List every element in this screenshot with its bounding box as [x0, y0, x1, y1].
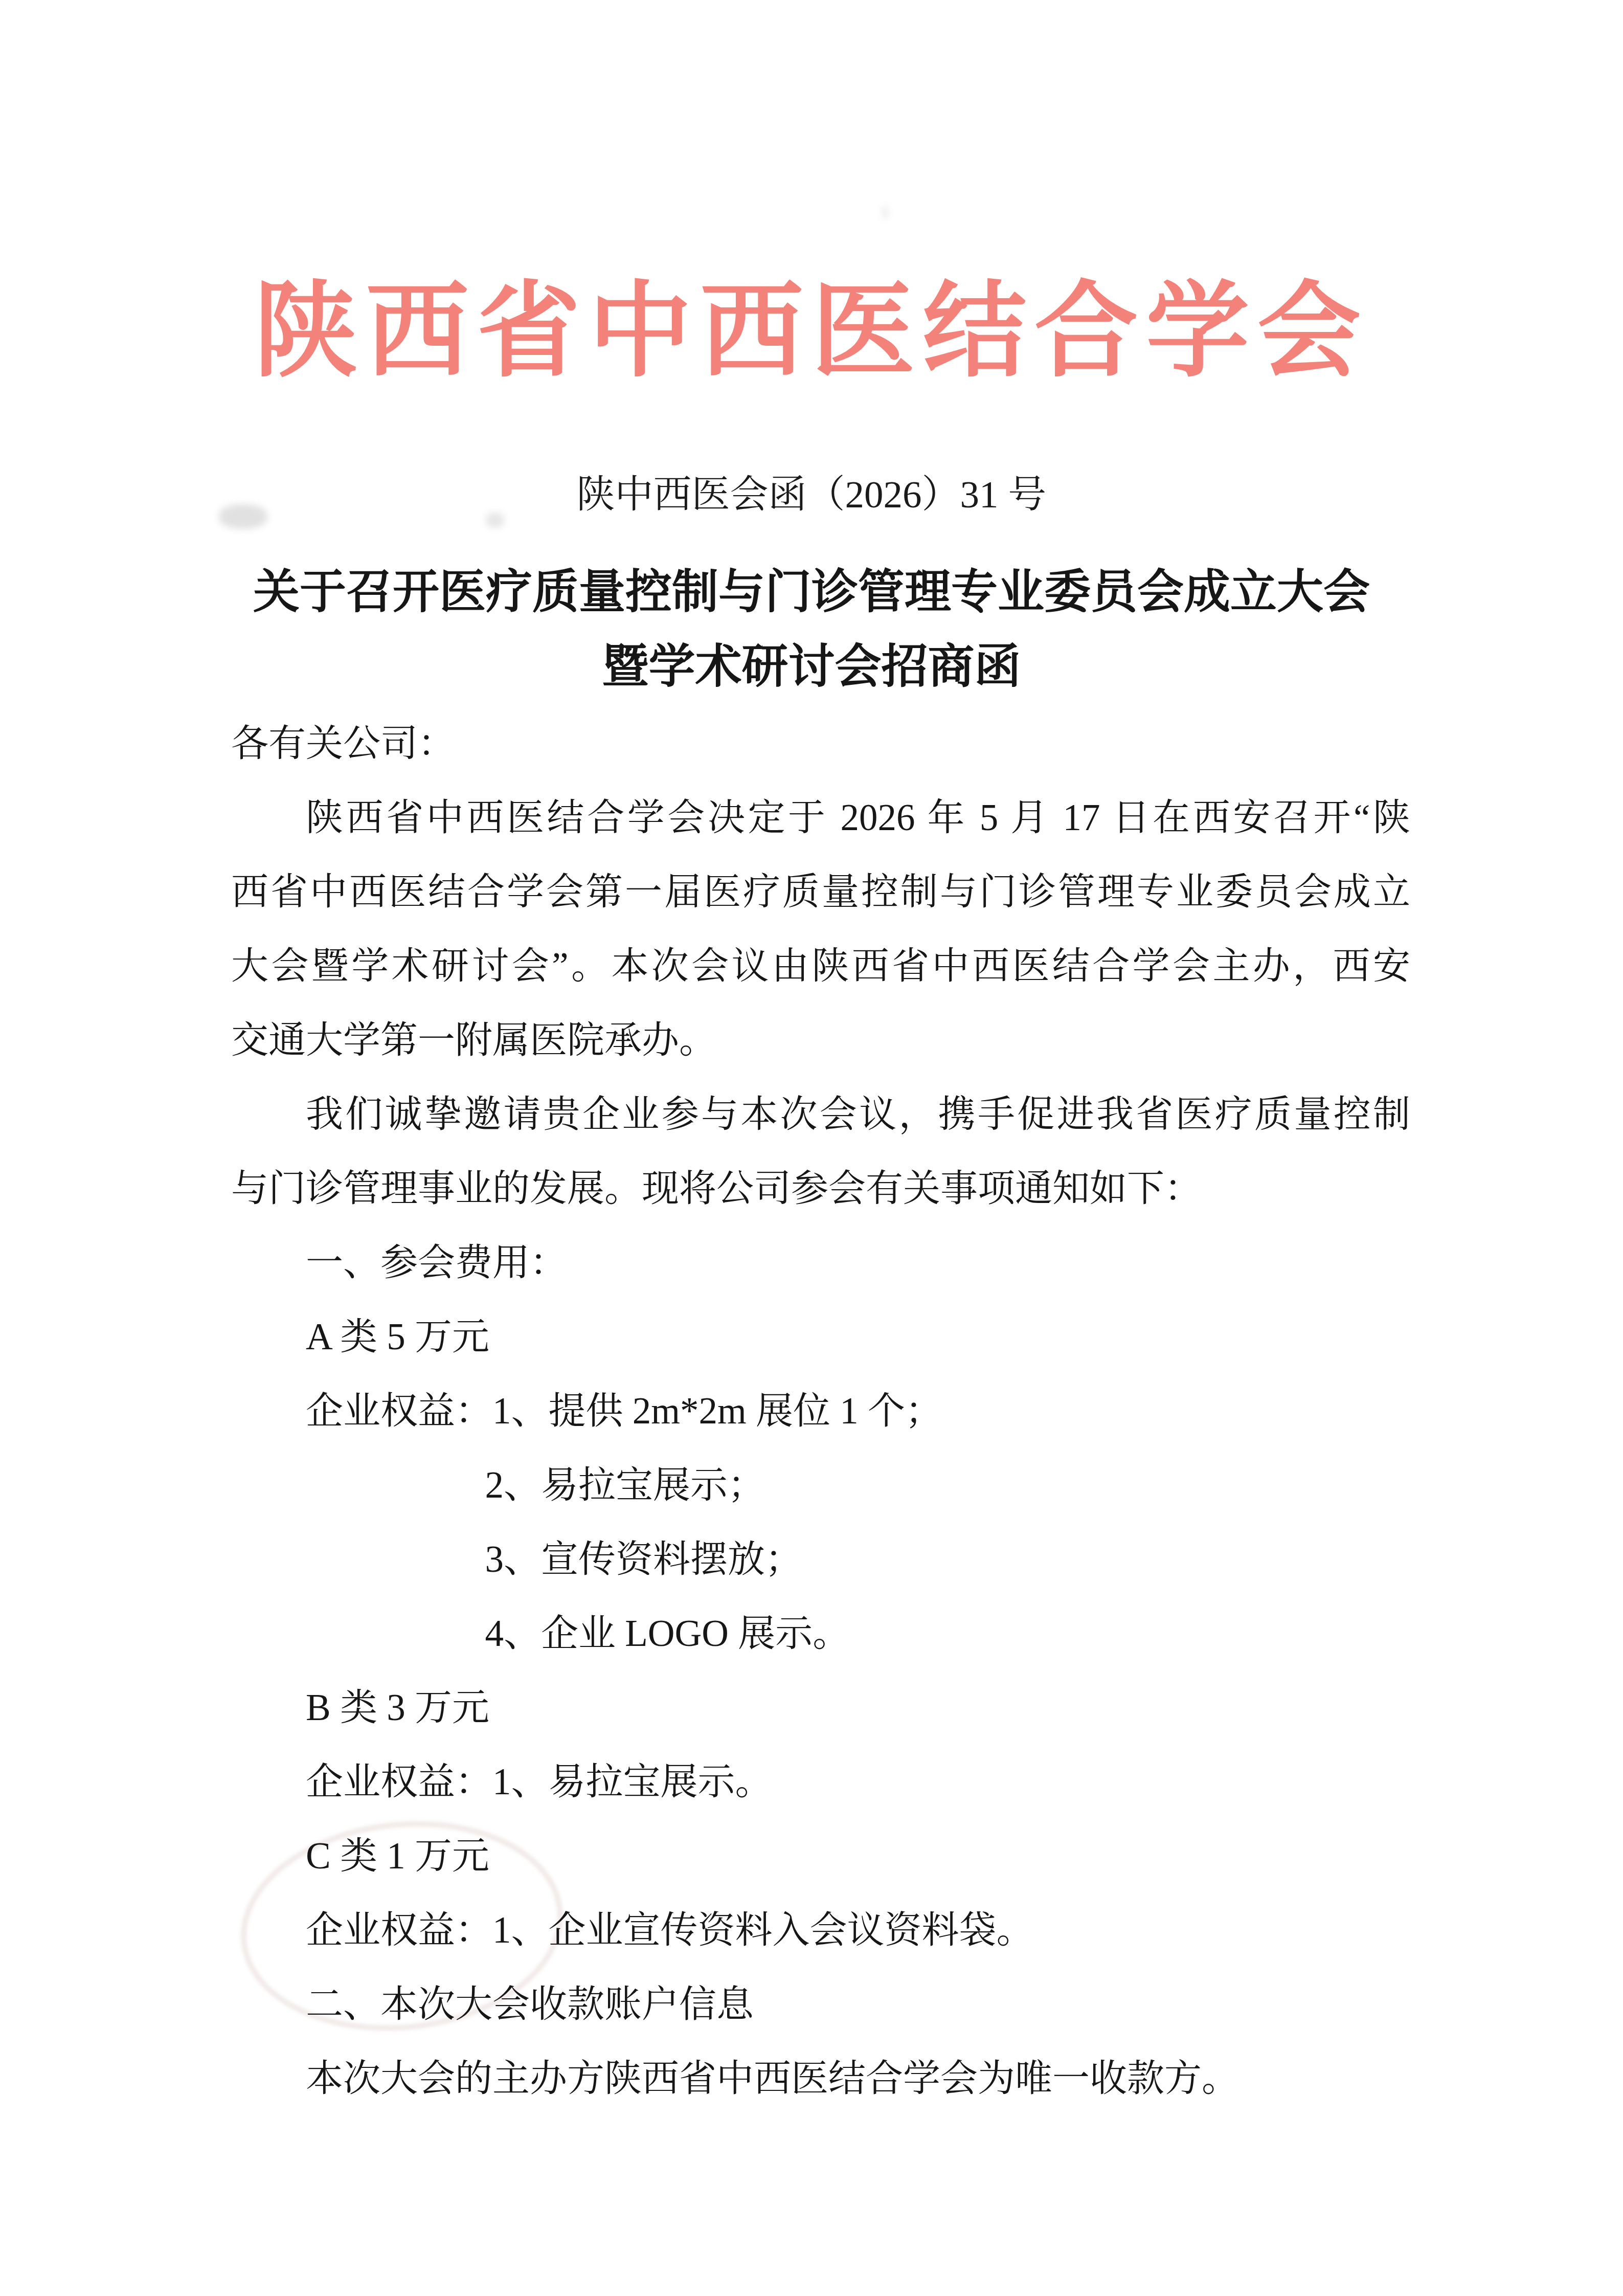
scan-smudge: [883, 206, 888, 219]
document-title-line-1: 关于召开医疗质量控制与门诊管理专业委员会成立大会: [0, 567, 1623, 618]
scanned-letter-page: 陕西省中西医结合学会 陕中西医会函（2026）31 号 关于召开医疗质量控制与门…: [0, 0, 1623, 2296]
body-line-section-1: 一、参会费用：: [231, 1225, 1410, 1300]
document-title-line-2: 暨学术研讨会招商函: [0, 641, 1623, 693]
body-line: 企业权益：1、企业宣传资料入会议资料袋。: [231, 1893, 1410, 1967]
body-line-tier-c: C 类 1 万元: [231, 1819, 1410, 1893]
body-line: 本次大会的主办方陕西省中西医结合学会为唯一收款方。: [231, 2041, 1410, 2115]
body-line: 企业权益：1、提供 2m*2m 展位 1 个；: [231, 1374, 1410, 1448]
body-line: 2、易拉宝展示；: [231, 1448, 1410, 1522]
body-line: 与门诊管理事业的发展。现将公司参会有关事项通知如下：: [231, 1151, 1410, 1225]
body-line: 我们诚挚邀请贵企业参与本次会议，携手促进我省医疗质量控制: [231, 1077, 1410, 1151]
body-line-salutation: 各有关公司：: [231, 706, 1410, 781]
body-line-tier-b: B 类 3 万元: [231, 1670, 1410, 1745]
document-number: 陕中西医会函（2026）31 号: [0, 473, 1623, 517]
body-line: 大会暨学术研讨会”。本次会议由陕西省中西医结合学会主办，西安: [231, 929, 1410, 1003]
body-line: 西省中西医结合学会第一届医疗质量控制与门诊管理专业委员会成立: [231, 855, 1410, 929]
letterhead-org-title: 陕西省中西医结合学会: [0, 275, 1623, 389]
body-line: 企业权益：1、易拉宝展示。: [231, 1745, 1410, 1819]
body-line: 交通大学第一附属医院承办。: [231, 1003, 1410, 1077]
body-line: 3、宣传资料摆放；: [231, 1522, 1410, 1596]
letter-body: 各有关公司： 陕西省中西医结合学会决定于 2026 年 5 月 17 日在西安召…: [231, 706, 1410, 2115]
body-line-section-2: 二、本次大会收款账户信息: [231, 1967, 1410, 2041]
body-line: 陕西省中西医结合学会决定于 2026 年 5 月 17 日在西安召开“陕: [231, 781, 1410, 855]
body-line: 4、企业 LOGO 展示。: [231, 1596, 1410, 1670]
body-line-tier-a: A 类 5 万元: [231, 1300, 1410, 1374]
